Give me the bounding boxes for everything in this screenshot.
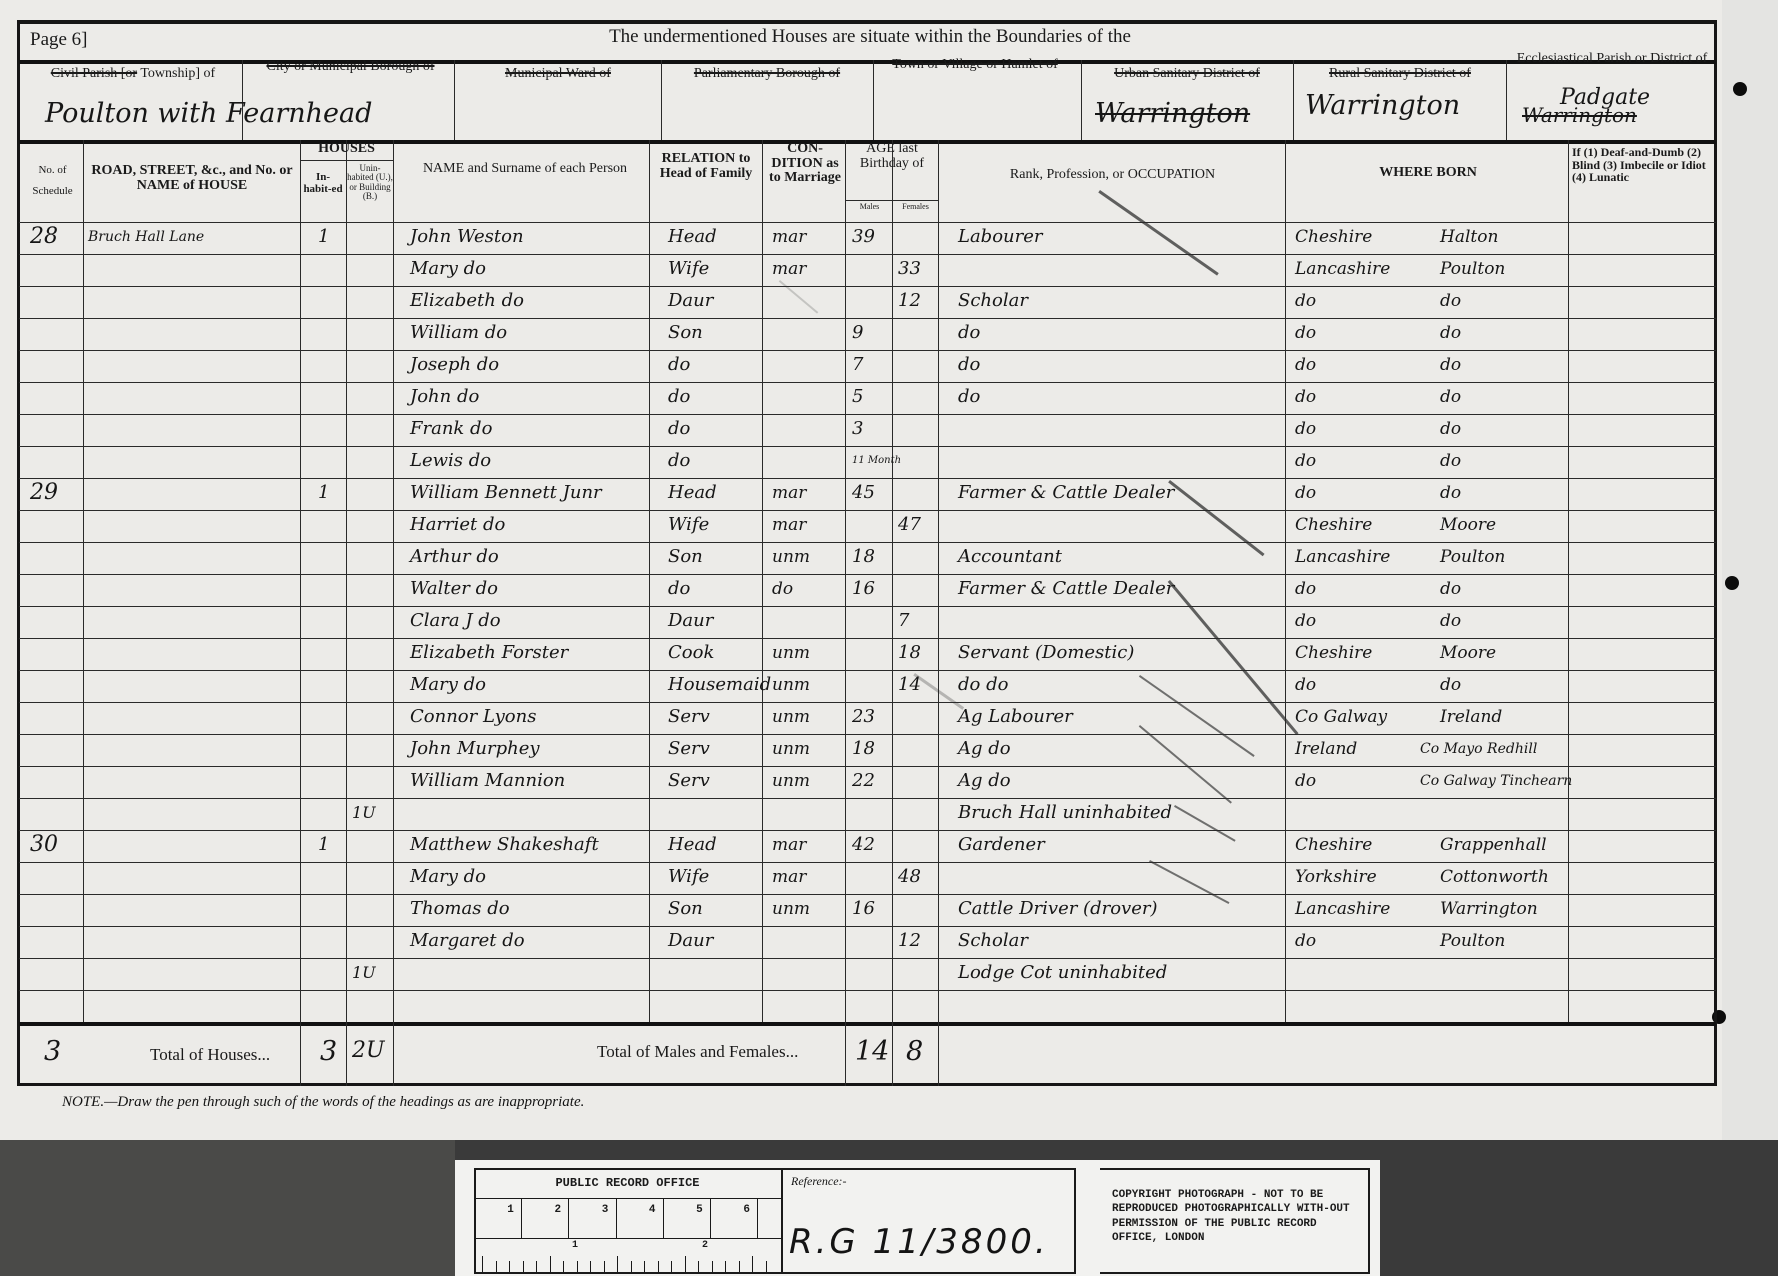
- born-place-cell: Co Galway Tinchearn: [1420, 766, 1572, 798]
- schedule-cell: 30: [30, 830, 58, 862]
- male-age-cell: 11 Month: [852, 446, 901, 478]
- jurisdiction-label-struck: Civil Parish [or: [51, 66, 137, 81]
- condition-cell: mar: [772, 830, 806, 862]
- jurisdiction-urban-sanitary: Urban Sanitary District of: [1083, 67, 1291, 82]
- occupation-cell: do: [958, 350, 980, 382]
- column-divider: [346, 140, 347, 1022]
- relation-cell: do: [668, 382, 690, 414]
- name-cell: Frank do: [410, 414, 492, 446]
- scale-number: 5: [696, 1204, 703, 1216]
- jurisdiction-divider: [1506, 60, 1507, 140]
- row-rule: [19, 606, 1716, 607]
- relation-cell: Serv: [668, 766, 710, 798]
- ruler-tick: [698, 1261, 699, 1272]
- name-cell: William do: [410, 318, 507, 350]
- occupation-cell: Labourer: [958, 222, 1043, 254]
- scale-number: 3: [602, 1204, 609, 1216]
- relation-cell: Serv: [668, 702, 710, 734]
- occupation-cell: Farmer & Cattle Dealer: [958, 574, 1174, 606]
- relation-cell: Head: [668, 222, 717, 254]
- condition-cell: do: [772, 574, 793, 606]
- jurisdiction-value-township: Poulton with Fearnhead: [45, 98, 372, 129]
- ruler-tick: [590, 1261, 591, 1272]
- occupation-cell: Scholar: [958, 286, 1028, 318]
- born-county-cell: Lancashire: [1295, 542, 1390, 574]
- born-county-cell: do: [1295, 926, 1316, 958]
- stamp-scale: 123456: [474, 1198, 781, 1238]
- row-rule: [19, 286, 1716, 287]
- condition-cell: unm: [772, 702, 810, 734]
- totals-divider: [300, 1022, 301, 1086]
- ruler-tick: [536, 1261, 537, 1272]
- ruler-tick: [617, 1256, 618, 1272]
- total-inhabited: 3: [320, 1036, 337, 1067]
- female-age-cell: 12: [898, 926, 921, 958]
- col-header-occupation: Rank, Profession, or OCCUPATION: [940, 168, 1285, 183]
- occupation-cell: Scholar: [958, 926, 1028, 958]
- name-cell: John Weston: [410, 222, 524, 254]
- born-county-cell: Co Galway: [1295, 702, 1387, 734]
- col-header-males: Males: [847, 203, 892, 211]
- ruler-tick: [752, 1256, 753, 1272]
- column-divider: [892, 140, 893, 1022]
- occupation-cell: Bruch Hall uninhabited: [958, 798, 1172, 830]
- jurisdiction-value-urban: Warrington: [1095, 98, 1250, 129]
- jurisdiction-value-ecclesiastical-struck: Warrington: [1522, 103, 1637, 127]
- totals-divider: [393, 1022, 394, 1086]
- relation-cell: Wife: [668, 862, 709, 894]
- condition-cell: mar: [772, 862, 806, 894]
- condition-cell: mar: [772, 222, 806, 254]
- relation-cell: Head: [668, 478, 717, 510]
- col-header-houses: HOUSES: [300, 142, 393, 157]
- jurisdiction-rural-sanitary: Rural Sanitary District of: [1295, 67, 1505, 82]
- born-county-cell: do: [1295, 446, 1316, 478]
- scale-number: 4: [649, 1204, 656, 1216]
- totals-divider: [346, 1022, 347, 1086]
- occupation-cell: Ag do: [958, 734, 1011, 766]
- totals-divider: [892, 1022, 893, 1086]
- born-place-cell: Moore: [1440, 510, 1496, 542]
- col-header-road: ROAD, STREET, &c., and No. or NAME of HO…: [86, 164, 298, 193]
- column-divider: [762, 140, 763, 1022]
- col-header-age: AGE last Birthday of: [847, 142, 937, 171]
- scale-tick: [710, 1198, 711, 1238]
- male-age-cell: 5: [852, 382, 863, 414]
- col-header-inhabited: In-habit-ed: [302, 172, 344, 195]
- born-county-cell: do: [1295, 350, 1316, 382]
- jurisdiction-civil-parish: Civil Parish [or Township] of: [24, 67, 242, 82]
- born-county-cell: Cheshire: [1295, 638, 1372, 670]
- total-uninhabited: 2U: [352, 1038, 385, 1063]
- row-rule: [19, 798, 1716, 799]
- born-county-cell: do: [1295, 574, 1316, 606]
- occupation-cell: do: [958, 318, 980, 350]
- ruler-tick: [482, 1256, 483, 1272]
- col-header-uninhabited: Unin-habited (U.), or Building (B.): [347, 164, 393, 202]
- ruler-tick: [644, 1261, 645, 1272]
- jurisdiction-municipal-borough: City or Municipal Borough of: [248, 60, 453, 75]
- name-cell: Mary do: [410, 862, 486, 894]
- female-age-cell: 33: [898, 254, 921, 286]
- ruler-tick: [523, 1261, 524, 1272]
- jurisdiction-municipal-ward: Municipal Ward of: [456, 67, 660, 82]
- male-age-cell: 7: [852, 350, 863, 382]
- row-rule: [19, 990, 1716, 991]
- male-age-cell: 22: [852, 766, 875, 798]
- name-cell: John Murphey: [410, 734, 540, 766]
- born-county-cell: Lancashire: [1295, 254, 1390, 286]
- inhabited-cell: 1: [318, 830, 329, 862]
- born-county-cell: Cheshire: [1295, 222, 1372, 254]
- born-place-cell: do: [1440, 670, 1461, 702]
- uninhabited-cell: 1U: [352, 958, 376, 990]
- born-place-cell: do: [1440, 318, 1461, 350]
- jurisdiction-parliamentary-borough: Parliamentary Borough of: [663, 67, 871, 82]
- name-cell: Elizabeth Forster: [410, 638, 568, 670]
- male-age-cell: 18: [852, 542, 875, 574]
- col-header-relation: RELATION to Head of Family: [650, 152, 762, 181]
- uninhabited-cell: 1U: [352, 798, 376, 830]
- born-place-cell: Grappenhall: [1440, 830, 1547, 862]
- total-schedules: 3: [44, 1036, 61, 1067]
- born-place-cell: do: [1440, 286, 1461, 318]
- stamp-reference-label: Reference:-: [791, 1174, 847, 1189]
- born-place-cell: do: [1440, 350, 1461, 382]
- name-cell: Connor Lyons: [410, 702, 536, 734]
- born-place-cell: Ireland: [1440, 702, 1502, 734]
- name-cell: Lewis do: [410, 446, 491, 478]
- born-county-cell: do: [1295, 318, 1316, 350]
- ruler-tick: [631, 1261, 632, 1272]
- relation-cell: Daur: [668, 606, 713, 638]
- stamp-copyright-panel: COPYRIGHT PHOTOGRAPH - NOT TO BE REPRODU…: [1100, 1160, 1380, 1276]
- schedule-cell: 28: [30, 222, 58, 254]
- name-cell: Joseph do: [410, 350, 499, 382]
- houses-subrule: [300, 160, 393, 161]
- scale-number: 1: [507, 1204, 514, 1216]
- born-place-cell: do: [1440, 446, 1461, 478]
- name-cell: Walter do: [410, 574, 498, 606]
- occupation-cell: Lodge Cot uninhabited: [958, 958, 1167, 990]
- condition-cell: unm: [772, 894, 810, 926]
- column-divider: [300, 140, 301, 1022]
- relation-cell: Cook: [668, 638, 714, 670]
- stamp-reference: R.G 11/3800.: [789, 1222, 1049, 1262]
- ruler-tick: [766, 1261, 767, 1272]
- condition-cell: unm: [772, 670, 810, 702]
- name-cell: Thomas do: [410, 894, 510, 926]
- ruler-tick: [712, 1261, 713, 1272]
- ruler-tick: [725, 1261, 726, 1272]
- binding-hole-icon: [1733, 82, 1747, 96]
- ruler-number: 1: [572, 1240, 578, 1251]
- name-cell: Elizabeth do: [410, 286, 524, 318]
- female-age-cell: 12: [898, 286, 921, 318]
- born-county-cell: Cheshire: [1295, 510, 1372, 542]
- col-header-females: Females: [893, 203, 938, 211]
- name-cell: William Mannion: [410, 766, 565, 798]
- male-age-cell: 45: [852, 478, 875, 510]
- row-rule: [19, 958, 1716, 959]
- occupation-cell: do do: [958, 670, 1008, 702]
- jurisdiction-ecclesiastical: Ecclesiastical Parish or District of: [1512, 52, 1712, 67]
- column-divider: [649, 140, 650, 1022]
- total-females: 8: [906, 1036, 923, 1067]
- relation-cell: Serv: [668, 734, 710, 766]
- relation-cell: do: [668, 446, 690, 478]
- ruler-tick: [563, 1261, 564, 1272]
- name-cell: Margaret do: [410, 926, 525, 958]
- column-divider: [83, 140, 84, 1022]
- male-age-cell: 9: [852, 318, 863, 350]
- col-header-condition: CON-DITION as to Marriage: [766, 142, 844, 186]
- relation-cell: Son: [668, 542, 703, 574]
- ruler-tick: [685, 1256, 686, 1272]
- row-rule: [19, 670, 1716, 671]
- born-county-cell: do: [1295, 382, 1316, 414]
- condition-cell: unm: [772, 542, 810, 574]
- jurisdiction-divider: [1081, 60, 1082, 140]
- ruler-tick: [604, 1261, 605, 1272]
- jurisdiction-value-rural: Warrington: [1305, 90, 1460, 121]
- totals-divider: [938, 1022, 939, 1086]
- schedule-cell: 29: [30, 478, 58, 510]
- relation-cell: Son: [668, 318, 703, 350]
- relation-cell: Daur: [668, 926, 713, 958]
- ruler-tick: [658, 1261, 659, 1272]
- ruler-tick: [739, 1261, 740, 1272]
- relation-cell: Wife: [668, 510, 709, 542]
- name-cell: Clara J do: [410, 606, 501, 638]
- total-persons-label: Total of Males and Females...: [597, 1043, 798, 1061]
- male-age-cell: 23: [852, 702, 875, 734]
- scale-number: 2: [554, 1204, 561, 1216]
- male-age-cell: 18: [852, 734, 875, 766]
- occupation-cell: do: [958, 382, 980, 414]
- total-houses-label: Total of Houses...: [150, 1046, 270, 1064]
- condition-cell: mar: [772, 478, 806, 510]
- ruler-number: 2: [702, 1240, 708, 1251]
- scale-tick: [568, 1198, 569, 1238]
- jurisdiction-town-village: Town or Village or Hamlet of: [890, 58, 1060, 73]
- born-place-cell: do: [1440, 478, 1461, 510]
- relation-cell: Head: [668, 830, 717, 862]
- occupation-cell: Ag Labourer: [958, 702, 1073, 734]
- ruler-tick: [671, 1261, 672, 1272]
- page-margin: [1722, 0, 1778, 1140]
- jurisdiction-divider: [1293, 60, 1294, 140]
- born-place-cell: Warrington: [1440, 894, 1538, 926]
- born-county-cell: Cheshire: [1295, 830, 1372, 862]
- ruler-tick: [509, 1261, 510, 1272]
- jurisdiction-divider: [661, 60, 662, 140]
- born-place-cell: do: [1440, 414, 1461, 446]
- occupation-cell: Ag do: [958, 766, 1011, 798]
- name-cell: Harriet do: [410, 510, 505, 542]
- female-age-cell: 7: [898, 606, 909, 638]
- col-header-schedule: No. of Schedule: [22, 160, 83, 202]
- name-cell: Arthur do: [410, 542, 499, 574]
- jurisdiction-divider: [454, 60, 455, 140]
- totals-divider: [845, 1022, 846, 1086]
- scale-number: 6: [743, 1204, 750, 1216]
- female-age-cell: 47: [898, 510, 921, 542]
- scale-tick: [757, 1198, 758, 1238]
- name-cell: William Bennett Junr: [410, 478, 602, 510]
- col-header-name: NAME and Surname of each Person: [410, 162, 640, 177]
- jurisdiction-divider: [873, 60, 874, 140]
- column-divider: [938, 140, 939, 1022]
- road-cell: Bruch Hall Lane: [88, 222, 204, 254]
- stamp-copyright: COPYRIGHT PHOTOGRAPH - NOT TO BE REPRODU…: [1112, 1188, 1367, 1245]
- born-county-cell: do: [1295, 670, 1316, 702]
- born-place-cell: Poulton: [1440, 542, 1505, 574]
- relation-cell: Wife: [668, 254, 709, 286]
- inhabited-cell: 1: [318, 222, 329, 254]
- ruler-tick: [550, 1256, 551, 1272]
- born-county-cell: do: [1295, 766, 1316, 798]
- row-rule: [19, 318, 1716, 319]
- condition-cell: unm: [772, 766, 810, 798]
- born-place-cell: Co Mayo Redhill: [1420, 734, 1537, 766]
- row-rule: [19, 382, 1716, 383]
- born-place-cell: do: [1440, 382, 1461, 414]
- female-age-cell: 48: [898, 862, 921, 894]
- relation-cell: Housemaid: [668, 670, 771, 702]
- col-header-infirmity: If (1) Deaf-and-Dumb (2) Blind (3) Imbec…: [1572, 146, 1712, 184]
- born-county-cell: do: [1295, 286, 1316, 318]
- condition-cell: mar: [772, 254, 806, 286]
- ruler-tick: [496, 1261, 497, 1272]
- condition-cell: unm: [772, 734, 810, 766]
- born-place-cell: do: [1440, 574, 1461, 606]
- male-age-cell: 16: [852, 574, 875, 606]
- female-age-cell: 18: [898, 638, 921, 670]
- scale-tick: [663, 1198, 664, 1238]
- relation-cell: Daur: [668, 286, 713, 318]
- banner-text: The undermentioned Houses are situate wi…: [560, 27, 1180, 47]
- name-cell: Mary do: [410, 670, 486, 702]
- binding-hole-icon: [1725, 576, 1739, 590]
- scale-tick: [521, 1198, 522, 1238]
- name-cell: Matthew Shakeshaft: [410, 830, 599, 862]
- born-county-cell: Ireland: [1295, 734, 1357, 766]
- occupation-cell: Servant (Domestic): [958, 638, 1134, 670]
- total-males: 14: [855, 1036, 889, 1067]
- ruler-tick: [577, 1261, 578, 1272]
- footnote: NOTE.—Draw the pen through such of the w…: [62, 1094, 584, 1111]
- born-county-cell: Yorkshire: [1295, 862, 1377, 894]
- page-number: Page 6]: [30, 30, 88, 50]
- male-age-cell: 16: [852, 894, 875, 926]
- name-cell: John do: [410, 382, 479, 414]
- stamp-office-name: PUBLIC RECORD OFFICE: [474, 1176, 781, 1190]
- male-age-cell: 39: [852, 222, 875, 254]
- born-county-cell: Lancashire: [1295, 894, 1390, 926]
- male-age-cell: 42: [852, 830, 875, 862]
- column-divider: [1568, 140, 1569, 1022]
- male-age-cell: 3: [852, 414, 863, 446]
- occupation-cell: Accountant: [958, 542, 1062, 574]
- column-divider: [393, 140, 394, 1022]
- col-header-where-born: WHERE BORN: [1288, 166, 1568, 181]
- relation-cell: Son: [668, 894, 703, 926]
- born-county-cell: do: [1295, 606, 1316, 638]
- relation-cell: do: [668, 350, 690, 382]
- name-cell: Mary do: [410, 254, 486, 286]
- dark-background-left: [0, 1140, 455, 1276]
- condition-cell: mar: [772, 510, 806, 542]
- stamp-divider: [781, 1168, 783, 1274]
- row-rule: [19, 350, 1716, 351]
- column-divider: [845, 140, 846, 1022]
- totals-rule: [19, 1022, 1716, 1026]
- condition-cell: unm: [772, 638, 810, 670]
- born-place-cell: Poulton: [1440, 254, 1505, 286]
- age-subrule: [845, 200, 938, 201]
- column-divider: [1285, 140, 1286, 1022]
- stamp-ruler: 12: [474, 1238, 781, 1274]
- inhabited-cell: 1: [318, 478, 329, 510]
- relation-cell: do: [668, 414, 690, 446]
- row-rule: [19, 414, 1716, 415]
- occupation-cell: Cattle Driver (drover): [958, 894, 1157, 926]
- scale-tick: [616, 1198, 617, 1238]
- born-place-cell: Halton: [1440, 222, 1498, 254]
- born-place-cell: Cottonworth: [1440, 862, 1549, 894]
- born-place-cell: Moore: [1440, 638, 1496, 670]
- occupation-cell: Gardener: [958, 830, 1045, 862]
- relation-cell: do: [668, 574, 690, 606]
- born-place-cell: Poulton: [1440, 926, 1505, 958]
- jurisdiction-label: Township] of: [140, 66, 215, 81]
- record-office-stamp: PUBLIC RECORD OFFICE 123456 12 Reference…: [455, 1160, 1100, 1276]
- occupation-cell: Farmer & Cattle Dealer: [958, 478, 1174, 510]
- born-county-cell: do: [1295, 414, 1316, 446]
- born-county-cell: do: [1295, 478, 1316, 510]
- born-place-cell: do: [1440, 606, 1461, 638]
